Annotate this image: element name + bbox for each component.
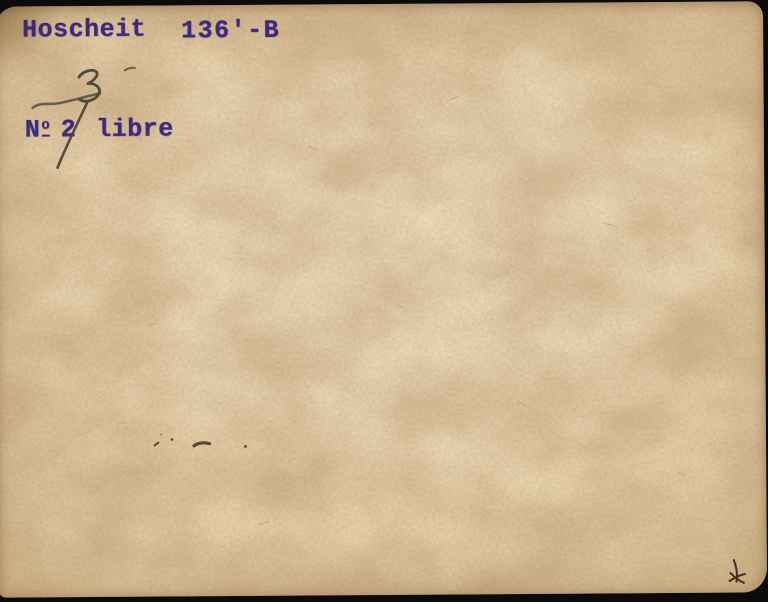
- numero-sign: No: [25, 115, 50, 144]
- numero-n: N: [25, 115, 41, 144]
- paper-texture: [0, 1, 767, 597]
- scan-background: Hoscheit 136'-B No2libre: [0, 0, 768, 602]
- paper-fibers: [146, 95, 686, 526]
- pencil-annotations: [0, 1, 767, 597]
- number-line: No2libre: [25, 114, 174, 144]
- card-name: Hoscheit: [22, 15, 146, 45]
- card-code: 136'-B: [181, 16, 280, 46]
- pencil-dash: [125, 68, 135, 70]
- number-word: libre: [96, 114, 174, 144]
- pencil-flourish: [33, 93, 101, 107]
- corner-mark: [0, 1, 767, 597]
- handwritten-number-3: [79, 70, 100, 101]
- numero-ordinal-o: o: [41, 118, 50, 137]
- card-number: 2: [61, 115, 77, 144]
- index-card: Hoscheit 136'-B No2libre: [0, 1, 767, 597]
- ink-specks: [0, 1, 767, 597]
